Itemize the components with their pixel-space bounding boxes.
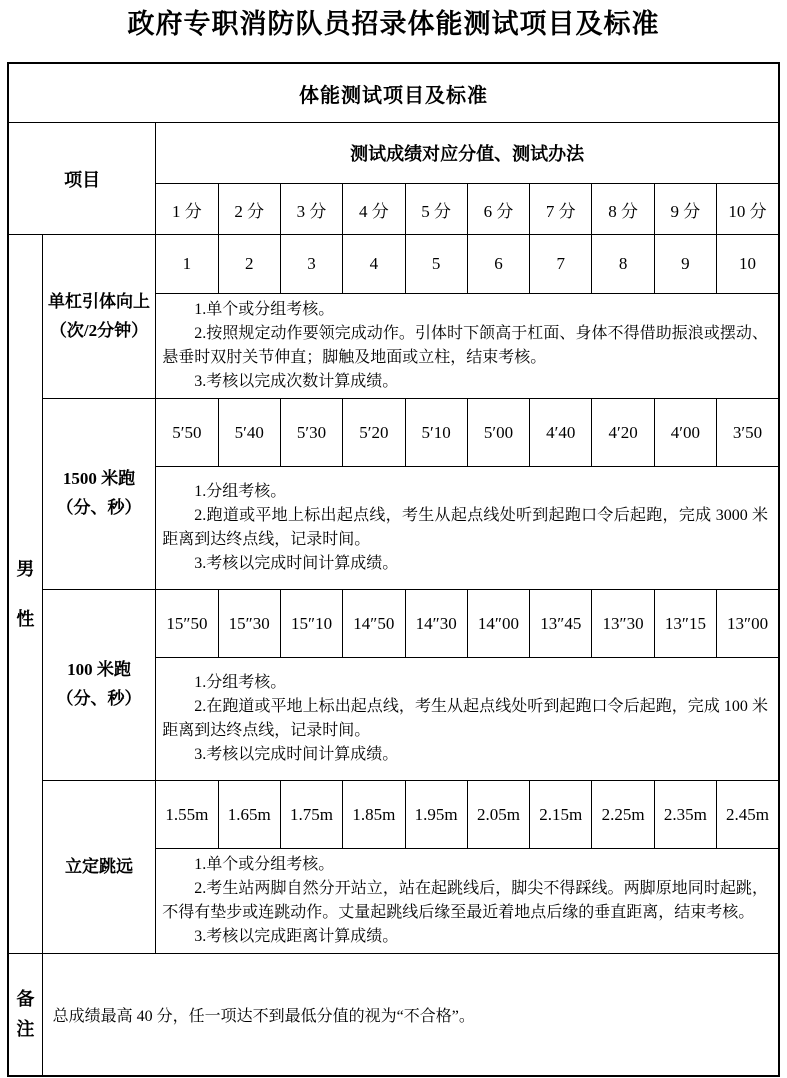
notes-paragraph: 2.考生站两脚自然分开站立，站在起跳线后，脚尖不得踩线。两脚原地同时起跳，不得有… (162, 877, 768, 925)
item-name-longjump: 立定跳远 (42, 781, 156, 954)
score-header-cell: 9 分 (654, 184, 716, 235)
column-header-scores: 测试成绩对应分值、测试办法 (156, 123, 779, 184)
value-cell: 15″10 (280, 590, 342, 658)
value-cell: 13″15 (654, 590, 716, 658)
value-cell: 7 (530, 235, 592, 294)
remark-label: 备注 (8, 954, 42, 1076)
item-name-run1500: 1500 米跑（分、秒） (42, 399, 156, 590)
notes-cell-run100: 1.分组考核。 2.在跑道或平地上标出起点线，考生从起点线处听到起跑口令后起跑，… (156, 658, 779, 781)
value-cell: 4′20 (592, 399, 654, 467)
value-cell: 2 (218, 235, 280, 294)
run100-values-row: 100 米跑（分、秒） 15″50 15″30 15″10 14″50 14″3… (8, 590, 779, 658)
value-cell: 15″50 (156, 590, 218, 658)
column-header-row: 项目 测试成绩对应分值、测试办法 (8, 123, 779, 184)
value-cell: 2.45m (717, 781, 779, 849)
value-cell: 14″00 (467, 590, 529, 658)
pullup-values-row: 男性 单杠引体向上（次/2分钟） 1 2 3 4 5 6 7 8 9 10 (8, 235, 779, 294)
score-header-cell: 5 分 (405, 184, 467, 235)
value-cell: 4′40 (530, 399, 592, 467)
notes-paragraph: 3.考核以完成次数计算成绩。 (162, 370, 768, 394)
value-cell: 5 (405, 235, 467, 294)
value-cell: 10 (717, 235, 779, 294)
longjump-values-row: 立定跳远 1.55m 1.65m 1.75m 1.85m 1.95m 2.05m… (8, 781, 779, 849)
score-header-cell: 7 分 (530, 184, 592, 235)
value-cell: 5′40 (218, 399, 280, 467)
document-page: 政府专职消防队员招录体能测试项目及标准 体能测试项目及标准 项目 测试成绩对应分… (0, 0, 787, 1078)
value-cell: 14″30 (405, 590, 467, 658)
notes-paragraph: 1.分组考核。 (162, 480, 768, 504)
value-cell: 8 (592, 235, 654, 294)
value-cell: 1.85m (343, 781, 405, 849)
score-header-cell: 3 分 (280, 184, 342, 235)
value-cell: 15″30 (218, 590, 280, 658)
value-cell: 3′50 (717, 399, 779, 467)
value-cell: 4′00 (654, 399, 716, 467)
score-header-cell: 2 分 (218, 184, 280, 235)
notes-cell-run1500: 1.分组考核。 2.跑道或平地上标出起点线，考生从起点线处听到起跑口令后起跑，完… (156, 467, 779, 590)
table-header-row: 体能测试项目及标准 (8, 63, 779, 123)
notes-cell-longjump: 1.单个或分组考核。 2.考生站两脚自然分开站立，站在起跳线后，脚尖不得踩线。两… (156, 849, 779, 954)
value-cell: 13″30 (592, 590, 654, 658)
value-cell: 1.55m (156, 781, 218, 849)
value-cell: 2.05m (467, 781, 529, 849)
notes-paragraph: 3.考核以完成距离计算成绩。 (162, 925, 768, 949)
value-cell: 5′20 (343, 399, 405, 467)
page-title: 政府专职消防队员招录体能测试项目及标准 (0, 0, 787, 40)
value-cell: 6 (467, 235, 529, 294)
value-cell: 2.35m (654, 781, 716, 849)
notes-paragraph: 1.单个或分组考核。 (162, 853, 768, 877)
value-cell: 1.75m (280, 781, 342, 849)
value-cell: 5′10 (405, 399, 467, 467)
notes-paragraph: 3.考核以完成时间计算成绩。 (162, 552, 768, 576)
table-title: 体能测试项目及标准 (8, 63, 779, 123)
score-header-cell: 8 分 (592, 184, 654, 235)
notes-cell-pullup: 1.单个或分组考核。 2.按照规定动作要领完成动作。引体时下颌高于杠面、身体不得… (156, 294, 779, 399)
notes-paragraph: 1.单个或分组考核。 (162, 298, 768, 322)
score-header-cell: 1 分 (156, 184, 218, 235)
value-cell: 9 (654, 235, 716, 294)
column-header-item: 项目 (8, 123, 156, 235)
notes-paragraph: 2.在跑道或平地上标出起点线，考生从起点线处听到起跑口令后起跑，完成 100 米… (162, 695, 768, 743)
item-name-run100: 100 米跑（分、秒） (42, 590, 156, 781)
value-cell: 5′50 (156, 399, 218, 467)
value-cell: 13″00 (717, 590, 779, 658)
item-name-pullup: 单杠引体向上（次/2分钟） (42, 235, 156, 399)
value-cell: 2.25m (592, 781, 654, 849)
run1500-values-row: 1500 米跑（分、秒） 5′50 5′40 5′30 5′20 5′10 5′… (8, 399, 779, 467)
value-cell: 5′30 (280, 399, 342, 467)
score-header-cell: 4 分 (343, 184, 405, 235)
value-cell: 1.65m (218, 781, 280, 849)
fitness-standards-table: 体能测试项目及标准 项目 测试成绩对应分值、测试办法 1 分 2 分 3 分 4… (7, 62, 780, 1077)
value-cell: 1.95m (405, 781, 467, 849)
remark-row: 备注 总成绩最高 40 分，任一项达不到最低分值的视为“不合格”。 (8, 954, 779, 1076)
value-cell: 1 (156, 235, 218, 294)
notes-paragraph: 1.分组考核。 (162, 671, 768, 695)
value-cell: 2.15m (530, 781, 592, 849)
score-header-cell: 6 分 (467, 184, 529, 235)
value-cell: 14″50 (343, 590, 405, 658)
notes-paragraph: 2.跑道或平地上标出起点线，考生从起点线处听到起跑口令后起跑，完成 3000 米… (162, 504, 768, 552)
remark-text: 总成绩最高 40 分，任一项达不到最低分值的视为“不合格”。 (42, 954, 779, 1076)
notes-paragraph: 3.考核以完成时间计算成绩。 (162, 743, 768, 767)
value-cell: 13″45 (530, 590, 592, 658)
value-cell: 5′00 (467, 399, 529, 467)
value-cell: 4 (343, 235, 405, 294)
gender-label: 男性 (8, 235, 42, 954)
score-header-cell: 10 分 (717, 184, 779, 235)
notes-paragraph: 2.按照规定动作要领完成动作。引体时下颌高于杠面、身体不得借助振浪或摆动、悬垂时… (162, 322, 768, 370)
value-cell: 3 (280, 235, 342, 294)
